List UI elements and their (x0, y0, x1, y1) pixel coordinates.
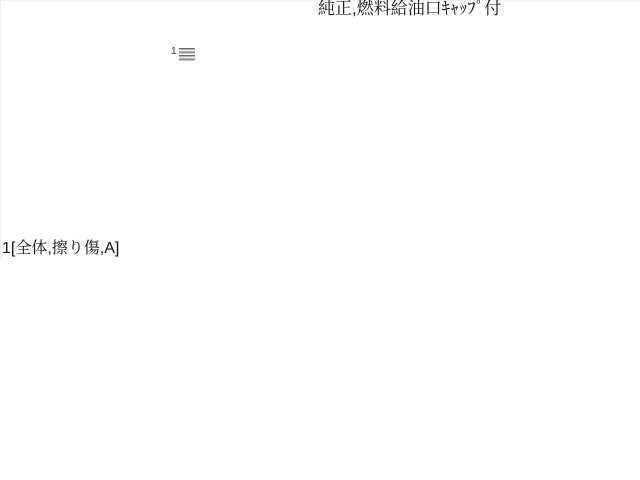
photo-caption: 純正,燃料給油口ｷｬｯﾌﾟ付 (318, 0, 501, 19)
damage-annotation: 1[全体,擦り傷,A] (2, 238, 119, 259)
list-lines-icon (179, 48, 195, 61)
damage-marker-1[interactable]: 1 (171, 46, 195, 61)
left-edge-line (0, 0, 1, 259)
damage-marker-number: 1 (171, 47, 177, 57)
